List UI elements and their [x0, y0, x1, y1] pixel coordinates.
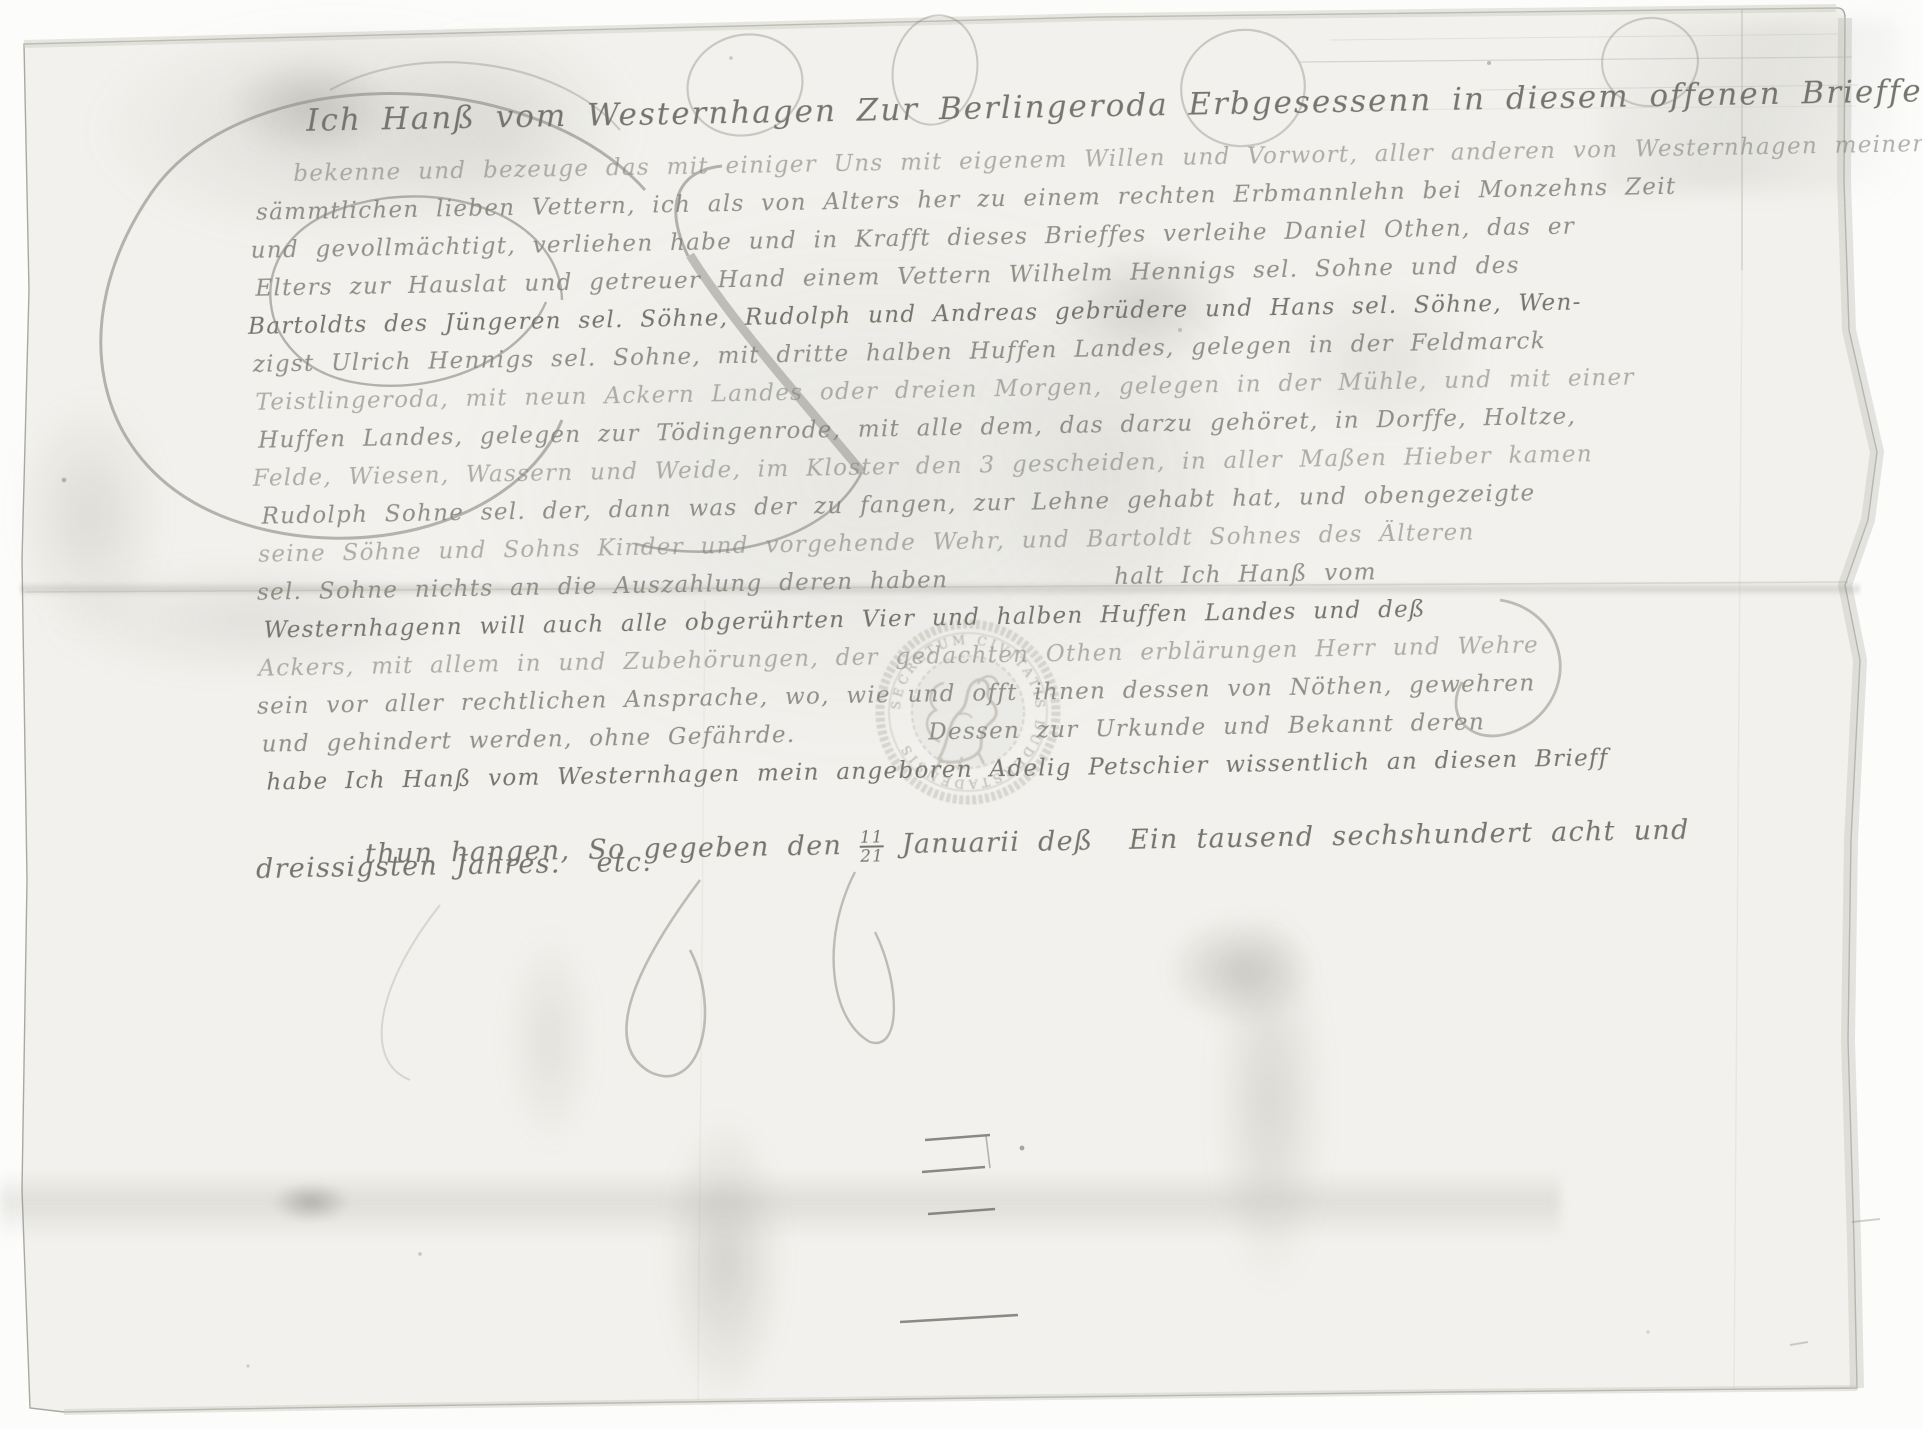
right-edge-marks — [1790, 1219, 1880, 1345]
date-fraction: 1121 — [860, 829, 885, 864]
tally-marks — [900, 1135, 1018, 1322]
date-fraction-numerator: 11 — [860, 829, 884, 845]
manuscript-text-block: Ich Hanß vom Westernhagen Zur Berlingero… — [240, 74, 1874, 904]
date-fraction-denominator: 21 — [860, 845, 884, 864]
date-line-post: Januarii deß Ein tausend sechshundert ac… — [884, 815, 1690, 861]
scanned-manuscript-page: SECRETUM CIVITATIS DUDERSTADENSIS Ich Ha… — [0, 0, 1922, 1430]
manuscript-line-2: bekenne und bezeuge das mit einiger Uns … — [293, 131, 1922, 187]
manuscript-line-13: sel. Sohne nichts an die Auszahlung dere… — [257, 559, 1377, 606]
